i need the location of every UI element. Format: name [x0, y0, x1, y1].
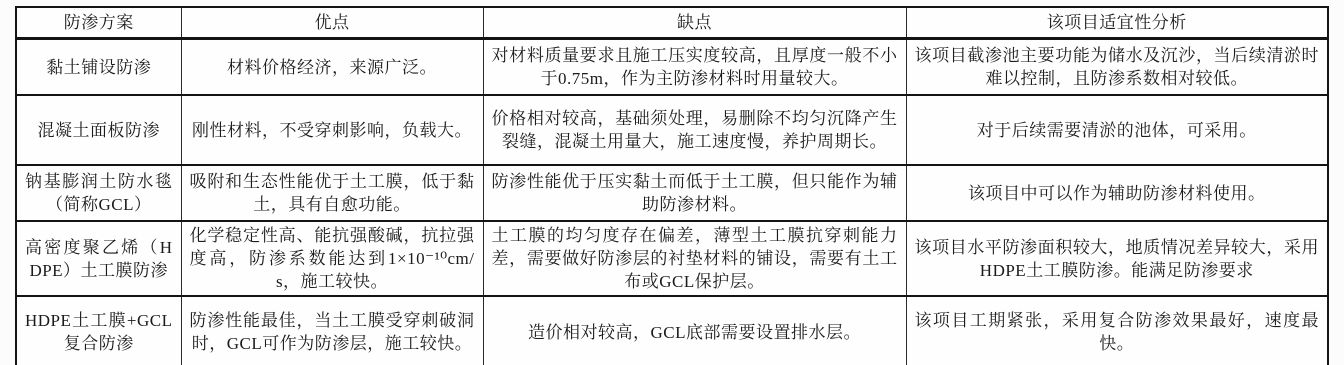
- table-row-hdpe: 高密度聚乙烯（HDPE）土工膜防渗 化学稳定性高、能抗强酸碱，抗拉强度高，防渗系…: [16, 221, 1328, 296]
- cell-cons: 防渗性能优于压实黏土而低于土工膜，但只能作为辅助防渗材料。: [483, 165, 906, 221]
- header-scheme: 防渗方案: [16, 7, 181, 39]
- cell-suitability: 该项目工期紧张，采用复合防渗效果最好，速度最快。: [906, 296, 1328, 365]
- cell-scheme: 黏土铺设防渗: [16, 39, 181, 96]
- cell-cons: 价格相对较高，基础须处理，易删除不均匀沉降产生裂缝，混凝土用量大，施工速度慢，养…: [483, 95, 906, 165]
- cell-pros: 化学稳定性高、能抗强酸碱，抗拉强度高，防渗系数能达到1×10⁻¹⁰cm/s，施工…: [181, 221, 483, 296]
- cell-scheme: 钠基膨润土防水毯（简称GCL）: [16, 165, 181, 221]
- cell-pros: 防渗性能最佳，当土工膜受穿刺破洞时，GCL可作为防渗层，施工较快。: [181, 296, 483, 365]
- table-header-row: 防渗方案 优点 缺点 该项目适宜性分析: [16, 7, 1328, 39]
- cell-pros: 吸附和生态性能优于土工膜，低于黏土，具有自愈功能。: [181, 165, 483, 221]
- cell-pros: 刚性材料，不受穿刺影响，负载大。: [181, 95, 483, 165]
- cell-cons: 对材料质量要求且施工压实度较高，且厚度一般不小于0.75m，作为主防渗材料时用量…: [483, 39, 906, 96]
- cell-scheme: 高密度聚乙烯（HDPE）土工膜防渗: [16, 221, 181, 296]
- cell-pros: 材料价格经济，来源广泛。: [181, 39, 483, 96]
- seepage-scheme-comparison-table: 防渗方案 优点 缺点 该项目适宜性分析 黏土铺设防渗 材料价格经济，来源广泛。 …: [15, 6, 1329, 365]
- table-row-concrete: 混凝土面板防渗 刚性材料，不受穿刺影响，负载大。 价格相对较高，基础须处理，易删…: [16, 95, 1328, 165]
- table-row-hdpe-gcl-composite: HDPE土工膜+GCL复合防渗 防渗性能最佳，当土工膜受穿刺破洞时，GCL可作为…: [16, 296, 1328, 365]
- cell-scheme: 混凝土面板防渗: [16, 95, 181, 165]
- cell-suitability: 对于后续需要清淤的池体，可采用。: [906, 95, 1328, 165]
- cell-suitability: 该项目中可以作为辅助防渗材料使用。: [906, 165, 1328, 221]
- header-suitability: 该项目适宜性分析: [906, 7, 1328, 39]
- table-row-gcl: 钠基膨润土防水毯（简称GCL） 吸附和生态性能优于土工膜，低于黏土，具有自愈功能…: [16, 165, 1328, 221]
- cell-suitability: 该项目截渗池主要功能为储水及沉沙，当后续清淤时难以控制，且防渗系数相对较低。: [906, 39, 1328, 96]
- cell-suitability: 该项目水平防渗面积较大，地质情况差异较大，采用HDPE土工膜防渗。能满足防渗要求: [906, 221, 1328, 296]
- header-pros: 优点: [181, 7, 483, 39]
- header-cons: 缺点: [483, 7, 906, 39]
- cell-cons: 造价相对较高，GCL底部需要设置排水层。: [483, 296, 906, 365]
- table-row-clay: 黏土铺设防渗 材料价格经济，来源广泛。 对材料质量要求且施工压实度较高，且厚度一…: [16, 39, 1328, 96]
- cell-scheme: HDPE土工膜+GCL复合防渗: [16, 296, 181, 365]
- cell-cons: 土工膜的均匀度存在偏差，薄型土工膜抗穿刺能力差，需要做好防渗层的衬垫材料的铺设，…: [483, 221, 906, 296]
